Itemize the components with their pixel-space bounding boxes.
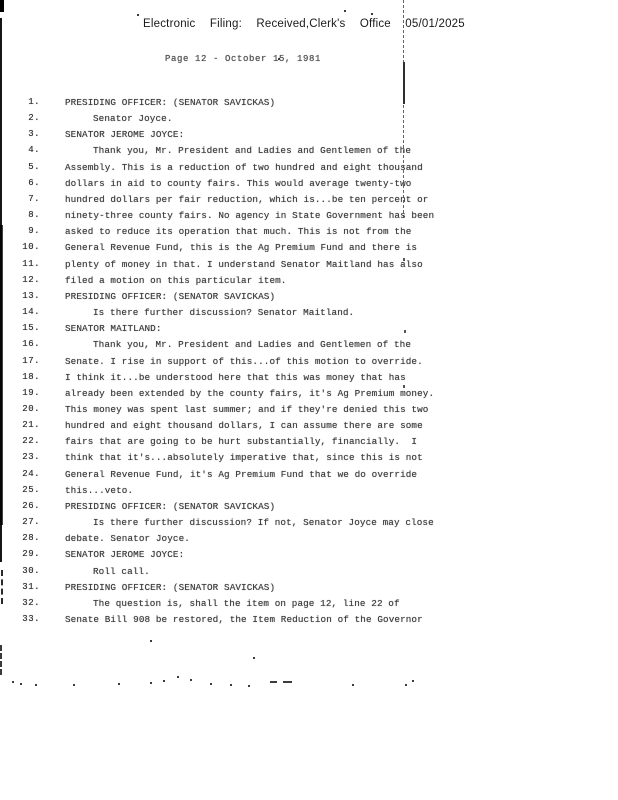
- scan-speck: [210, 683, 212, 685]
- transcript-line: 8. ninety-three county fairs. No agency …: [20, 210, 450, 226]
- transcript-line: 9. asked to reduce its operation that mu…: [20, 226, 450, 242]
- line-text: ninety-three county fairs. No agency in …: [65, 210, 434, 221]
- transcript-line: 33. Senate Bill 908 be restored, the Ite…: [20, 614, 450, 630]
- scan-speck: [163, 680, 165, 682]
- transcript-line: 30. Roll call.: [20, 566, 450, 582]
- transcript-line: 18. I think it...be understood here that…: [20, 372, 450, 388]
- line-number: 21.: [20, 420, 40, 430]
- transcript-line: 31. PRESIDING OFFICER: (SENATOR SAVICKAS…: [20, 582, 450, 598]
- line-number: 22.: [20, 436, 40, 446]
- transcript-line: 27. Is there further discussion? If not,…: [20, 517, 450, 533]
- scan-speck: [150, 682, 152, 684]
- line-text: asked to reduce its operation that much.…: [65, 226, 411, 237]
- transcript-line: 19. already been extended by the county …: [20, 388, 450, 404]
- scan-speck: [405, 684, 407, 686]
- transcript-line: 20. This money was spent last summer; an…: [20, 404, 450, 420]
- transcript-line: 14. Is there further discussion? Senator…: [20, 307, 450, 323]
- line-number: 28.: [20, 533, 40, 543]
- line-number: 9.: [20, 226, 40, 236]
- line-text: this...veto.: [65, 485, 133, 496]
- transcript-line: 4. Thank you, Mr. President and Ladies a…: [20, 145, 450, 161]
- transcript-line: 16. Thank you, Mr. President and Ladies …: [20, 339, 450, 355]
- transcript-line: 26. PRESIDING OFFICER: (SENATOR SAVICKAS…: [20, 501, 450, 517]
- line-text: fairs that are going to be hurt substant…: [65, 436, 417, 447]
- line-number: 7.: [20, 194, 40, 204]
- line-text: already been extended by the county fair…: [65, 388, 434, 399]
- line-text: think that it's...absolutely imperative …: [65, 452, 423, 463]
- line-text: The question is, shall the item on page …: [93, 598, 400, 609]
- transcript-line: 12. filed a motion on this particular it…: [20, 275, 450, 291]
- scan-dash: [270, 681, 277, 683]
- scan-speck: [20, 683, 22, 685]
- line-number: 18.: [20, 372, 40, 382]
- scan-edge-mark: [0, 0, 4, 12]
- scan-speck: [137, 14, 139, 16]
- line-text: Senate. I rise in support of this...of t…: [65, 356, 423, 367]
- line-number: 12.: [20, 275, 40, 285]
- line-number: 29.: [20, 549, 40, 559]
- scan-speck: [412, 680, 414, 682]
- transcript-line: 13. PRESIDING OFFICER: (SENATOR SAVICKAS…: [20, 291, 450, 307]
- transcript-line: 24. General Revenue Fund, it's Ag Premiu…: [20, 469, 450, 485]
- transcript-line: 7. hundred dollars per fair reduction, w…: [20, 194, 450, 210]
- line-text: Assembly. This is a reduction of two hun…: [65, 162, 423, 173]
- scan-edge-line-thick: [0, 225, 3, 525]
- scan-speck: [35, 684, 37, 686]
- line-text: Senate Bill 908 be restored, the Item Re…: [65, 614, 423, 625]
- line-text: PRESIDING OFFICER: (SENATOR SAVICKAS): [65, 97, 275, 108]
- line-text: filed a motion on this particular item.: [65, 275, 286, 286]
- scan-speck: [230, 684, 232, 686]
- transcript-line: 11. plenty of money in that. I understan…: [20, 259, 450, 275]
- line-number: 20.: [20, 404, 40, 414]
- transcript-line: 10. General Revenue Fund, this is the Ag…: [20, 242, 450, 258]
- page-header: Page 12 - October 15, 1981: [165, 54, 321, 64]
- line-number: 33.: [20, 614, 40, 624]
- line-number: 17.: [20, 356, 40, 366]
- line-text: Roll call.: [93, 566, 150, 577]
- line-number: 16.: [20, 339, 40, 349]
- transcript-line: 21. hundred and eight thousand dollars, …: [20, 420, 450, 436]
- transcript-line: 5. Assembly. This is a reduction of two …: [20, 162, 450, 178]
- line-number: 1.: [20, 97, 40, 107]
- line-number: 24.: [20, 469, 40, 479]
- line-number: 19.: [20, 388, 40, 398]
- scan-speck: [278, 58, 280, 60]
- line-text: SENATOR JEROME JOYCE:: [65, 129, 184, 140]
- scanned-transcript-page: Electronic Filing: Received,Clerk's Offi…: [0, 0, 618, 800]
- line-text: dollars in aid to county fairs. This wou…: [65, 178, 411, 189]
- scan-dash: [283, 681, 292, 683]
- line-number: 5.: [20, 162, 40, 172]
- line-text: Thank you, Mr. President and Ladies and …: [93, 145, 411, 156]
- transcript-line: 25. this...veto.: [20, 485, 450, 501]
- line-number: 27.: [20, 517, 40, 527]
- line-text: General Revenue Fund, it's Ag Premium Fu…: [65, 469, 417, 480]
- scan-speck: [253, 657, 255, 659]
- line-text: debate. Senator Joyce.: [65, 533, 190, 544]
- line-text: hundred dollars per fair reduction, whic…: [65, 194, 428, 205]
- line-text: plenty of money in that. I understand Se…: [65, 259, 423, 270]
- line-number: 2.: [20, 113, 40, 123]
- line-text: Is there further discussion? Senator Mai…: [93, 307, 354, 318]
- line-number: 25.: [20, 485, 40, 495]
- line-text: PRESIDING OFFICER: (SENATOR SAVICKAS): [65, 582, 275, 593]
- line-text: PRESIDING OFFICER: (SENATOR SAVICKAS): [65, 501, 275, 512]
- line-text: Senator Joyce.: [93, 113, 173, 124]
- line-number: 8.: [20, 210, 40, 220]
- line-number: 13.: [20, 291, 40, 301]
- transcript-line: 22. fairs that are going to be hurt subs…: [20, 436, 450, 452]
- transcript-line: 28. debate. Senator Joyce.: [20, 533, 450, 549]
- transcript-line: 29. SENATOR JEROME JOYCE:: [20, 549, 450, 565]
- scan-speck: [371, 13, 373, 15]
- scan-speck: [248, 685, 250, 687]
- line-number: 14.: [20, 307, 40, 317]
- line-number: 23.: [20, 452, 40, 462]
- line-text: SENATOR MAITLAND:: [65, 323, 162, 334]
- scan-speck: [150, 640, 152, 642]
- line-number: 15.: [20, 323, 40, 333]
- transcript-line: 23. think that it's...absolutely imperat…: [20, 452, 450, 468]
- line-text: I think it...be understood here that thi…: [65, 372, 406, 383]
- scan-speck: [352, 684, 354, 686]
- scan-edge-dash: [1, 570, 3, 604]
- line-number: 3.: [20, 129, 40, 139]
- transcript-line: 1. PRESIDING OFFICER: (SENATOR SAVICKAS): [20, 97, 450, 113]
- efiling-stamp: Electronic Filing: Received,Clerk's Offi…: [143, 18, 473, 30]
- line-number: 31.: [20, 582, 40, 592]
- line-number: 4.: [20, 145, 40, 155]
- scan-edge-dash: [0, 645, 2, 675]
- line-number: 30.: [20, 566, 40, 576]
- transcript-line: 32. The question is, shall the item on p…: [20, 598, 450, 614]
- scan-speck: [118, 683, 120, 685]
- transcript-line: 15. SENATOR MAITLAND:: [20, 323, 450, 339]
- line-text: Thank you, Mr. President and Ladies and …: [93, 339, 411, 350]
- line-number: 10.: [20, 242, 40, 252]
- line-text: General Revenue Fund, this is the Ag Pre…: [65, 242, 417, 253]
- scan-speck: [344, 10, 346, 12]
- scan-speck: [12, 681, 14, 683]
- scan-speck: [73, 684, 75, 686]
- line-number: 11.: [20, 259, 40, 269]
- line-text: Is there further discussion? If not, Sen…: [93, 517, 434, 528]
- scan-speck: [190, 679, 192, 681]
- line-number: 32.: [20, 598, 40, 608]
- line-text: hundred and eight thousand dollars, I ca…: [65, 420, 423, 431]
- line-number: 6.: [20, 178, 40, 188]
- line-number: 26.: [20, 501, 40, 511]
- transcript-line: 3. SENATOR JEROME JOYCE:: [20, 129, 450, 145]
- transcript-line: 2. Senator Joyce.: [20, 113, 450, 129]
- line-text: SENATOR JEROME JOYCE:: [65, 549, 184, 560]
- transcript-body: 1. PRESIDING OFFICER: (SENATOR SAVICKAS)…: [20, 97, 450, 630]
- scan-speck: [177, 676, 179, 678]
- line-text: PRESIDING OFFICER: (SENATOR SAVICKAS): [65, 291, 275, 302]
- transcript-line: 6. dollars in aid to county fairs. This …: [20, 178, 450, 194]
- line-text: This money was spent last summer; and if…: [65, 404, 428, 415]
- transcript-line: 17. Senate. I rise in support of this...…: [20, 356, 450, 372]
